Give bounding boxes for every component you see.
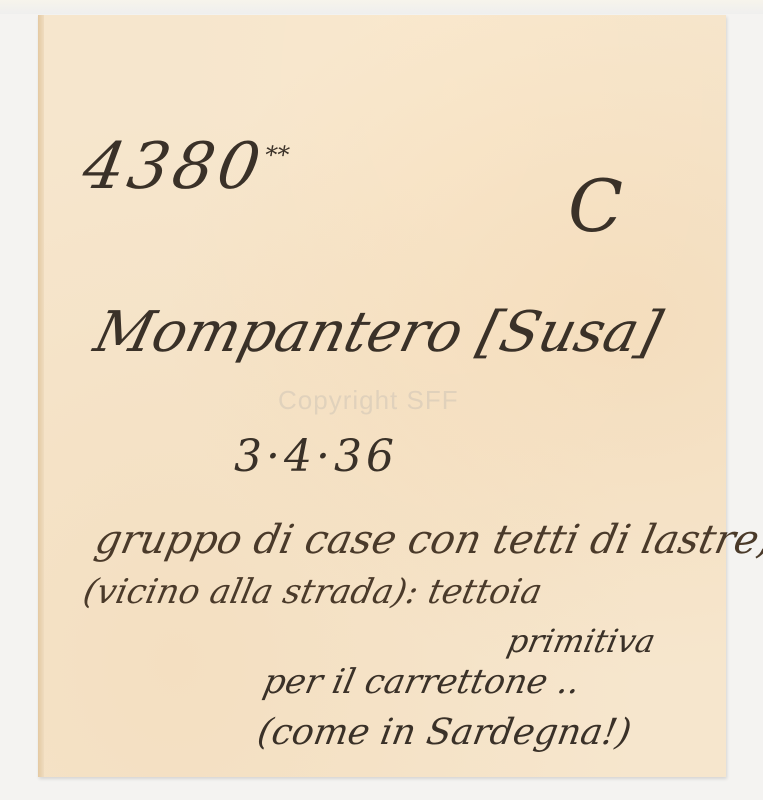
class-letter: C [568,170,623,242]
catalog-number: 4380** [78,135,292,199]
description-line-1: gruppo di case con tetti di lastre, [92,520,763,560]
paper-fold-edge [38,15,44,777]
copyright-watermark: Copyright SFF [278,385,459,416]
date: 3·4·36 [234,435,398,479]
description-line-3: primitiva [505,625,659,657]
place-name: Mompantero [Susa] [89,305,667,361]
catalog-stars: ** [263,141,292,169]
mount-board-top [0,0,763,14]
index-card: 4380** C Mompantero [Susa] Copyright SFF… [38,15,726,777]
description-line-4: per il carrettone .. [260,665,583,699]
description-line-5: (come in Sardegna!) [255,715,634,751]
catalog-number-value: 4380 [77,130,269,204]
description-line-2: (vicino alla strada): tettoia [80,575,545,609]
